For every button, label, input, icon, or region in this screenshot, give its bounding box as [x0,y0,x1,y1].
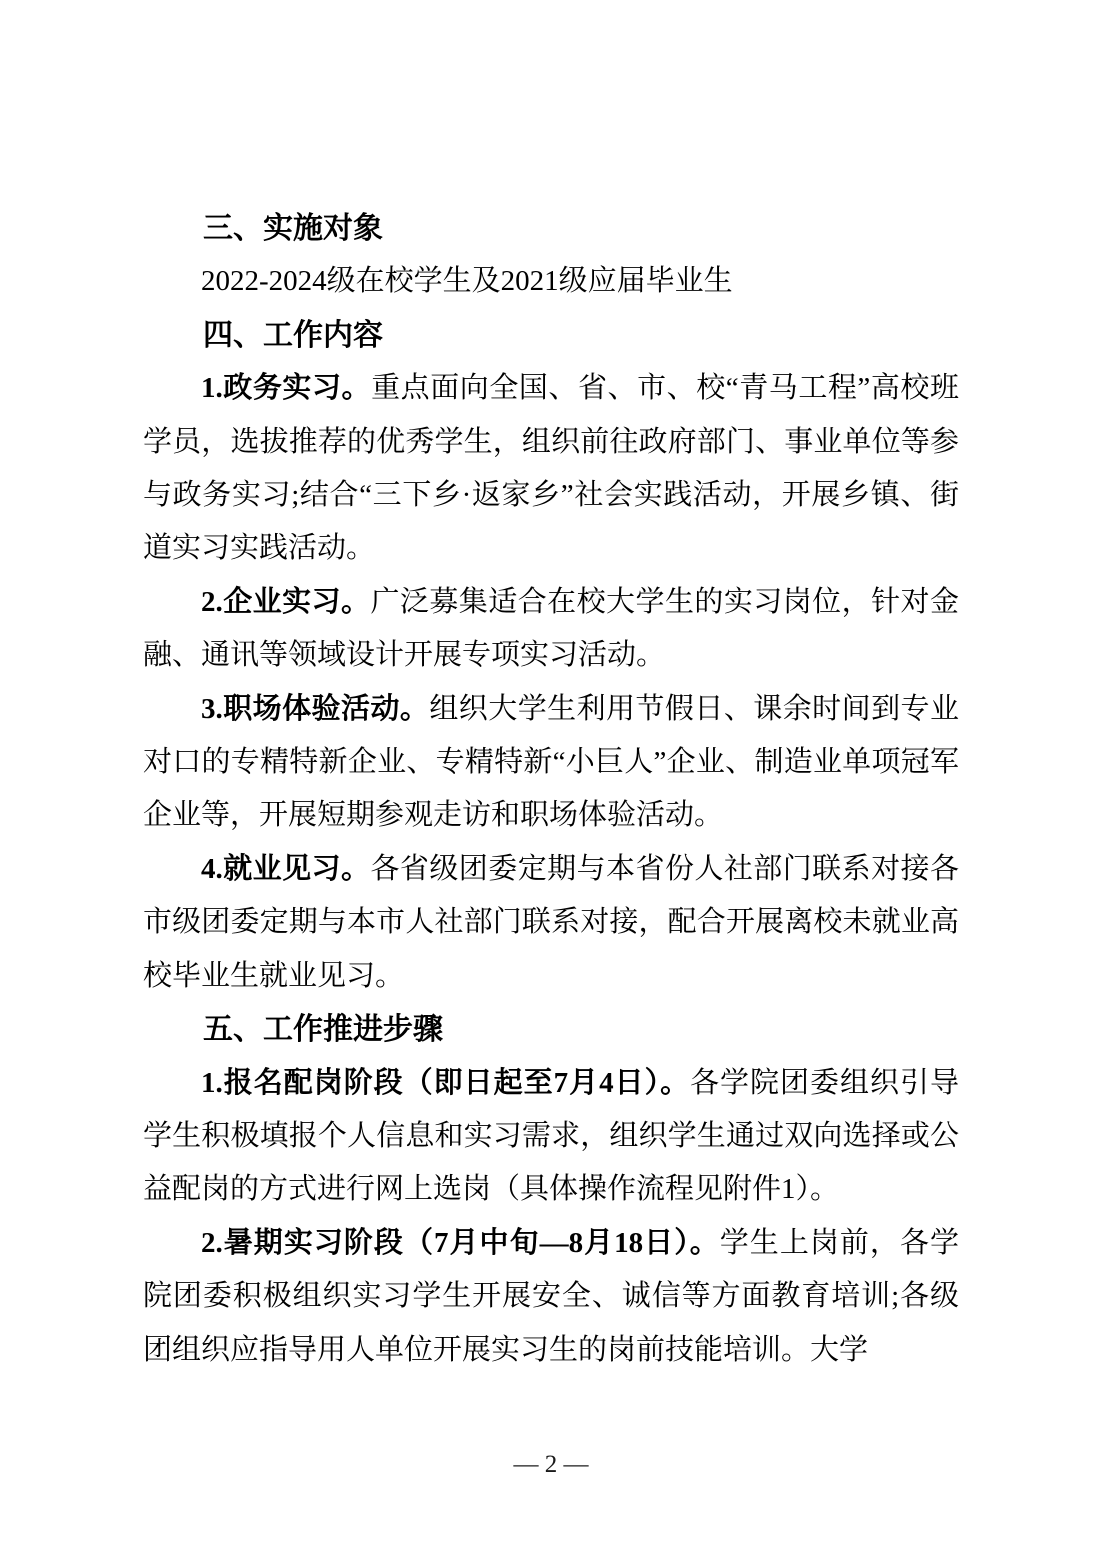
paragraph-lead: 1.政务实习。 [201,372,371,404]
section-heading-work-content: 四、工作内容 [143,309,959,362]
paragraph-lead: 2.企业实习。 [201,586,370,618]
paragraph-lead: 1.报名配岗阶段（即日起至7月4日）。 [201,1067,690,1099]
document-page: 三、实施对象 2022-2024级在校学生及2021级应届毕业生 四、工作内容 … [0,0,1102,1559]
paragraph-employment-probation: 4.就业见习。各省级团委定期与本省份人社部门联系对接各市级团委定期与本市人社部门… [143,843,959,1003]
document-body: 三、实施对象 2022-2024级在校学生及2021级应届毕业生 四、工作内容 … [143,202,959,1377]
section-heading-work-steps: 五、工作推进步骤 [143,1003,959,1056]
paragraph-summer-internship-phase: 2.暑期实习阶段（7月中旬—8月18日）。学生上岗前，各学院团委积极组织实习学生… [143,1217,959,1377]
paragraph-lead: 4.就业见习。 [201,853,370,885]
paragraph-registration-phase: 1.报名配岗阶段（即日起至7月4日）。各学院团委组织引导学生积极填报个人信息和实… [143,1057,959,1217]
paragraph-target-students: 2022-2024级在校学生及2021级应届毕业生 [143,255,959,308]
section-heading-implementation-targets: 三、实施对象 [143,202,959,255]
paragraph-government-internship: 1.政务实习。重点面向全国、省、市、校“青马工程”高校班学员，选拔推荐的优秀学生… [143,362,959,576]
page-number: — 2 — [0,1449,1102,1481]
paragraph-lead: 2.暑期实习阶段（7月中旬—8月18日）。 [201,1227,720,1259]
paragraph-enterprise-internship: 2.企业实习。广泛募集适合在校大学生的实习岗位，针对金融、通讯等领域设计开展专项… [143,576,959,683]
paragraph-workplace-experience: 3.职场体验活动。组织大学生利用节假日、课余时间到专业对口的专精特新企业、专精特… [143,683,959,843]
paragraph-lead: 3.职场体验活动。 [201,693,429,725]
